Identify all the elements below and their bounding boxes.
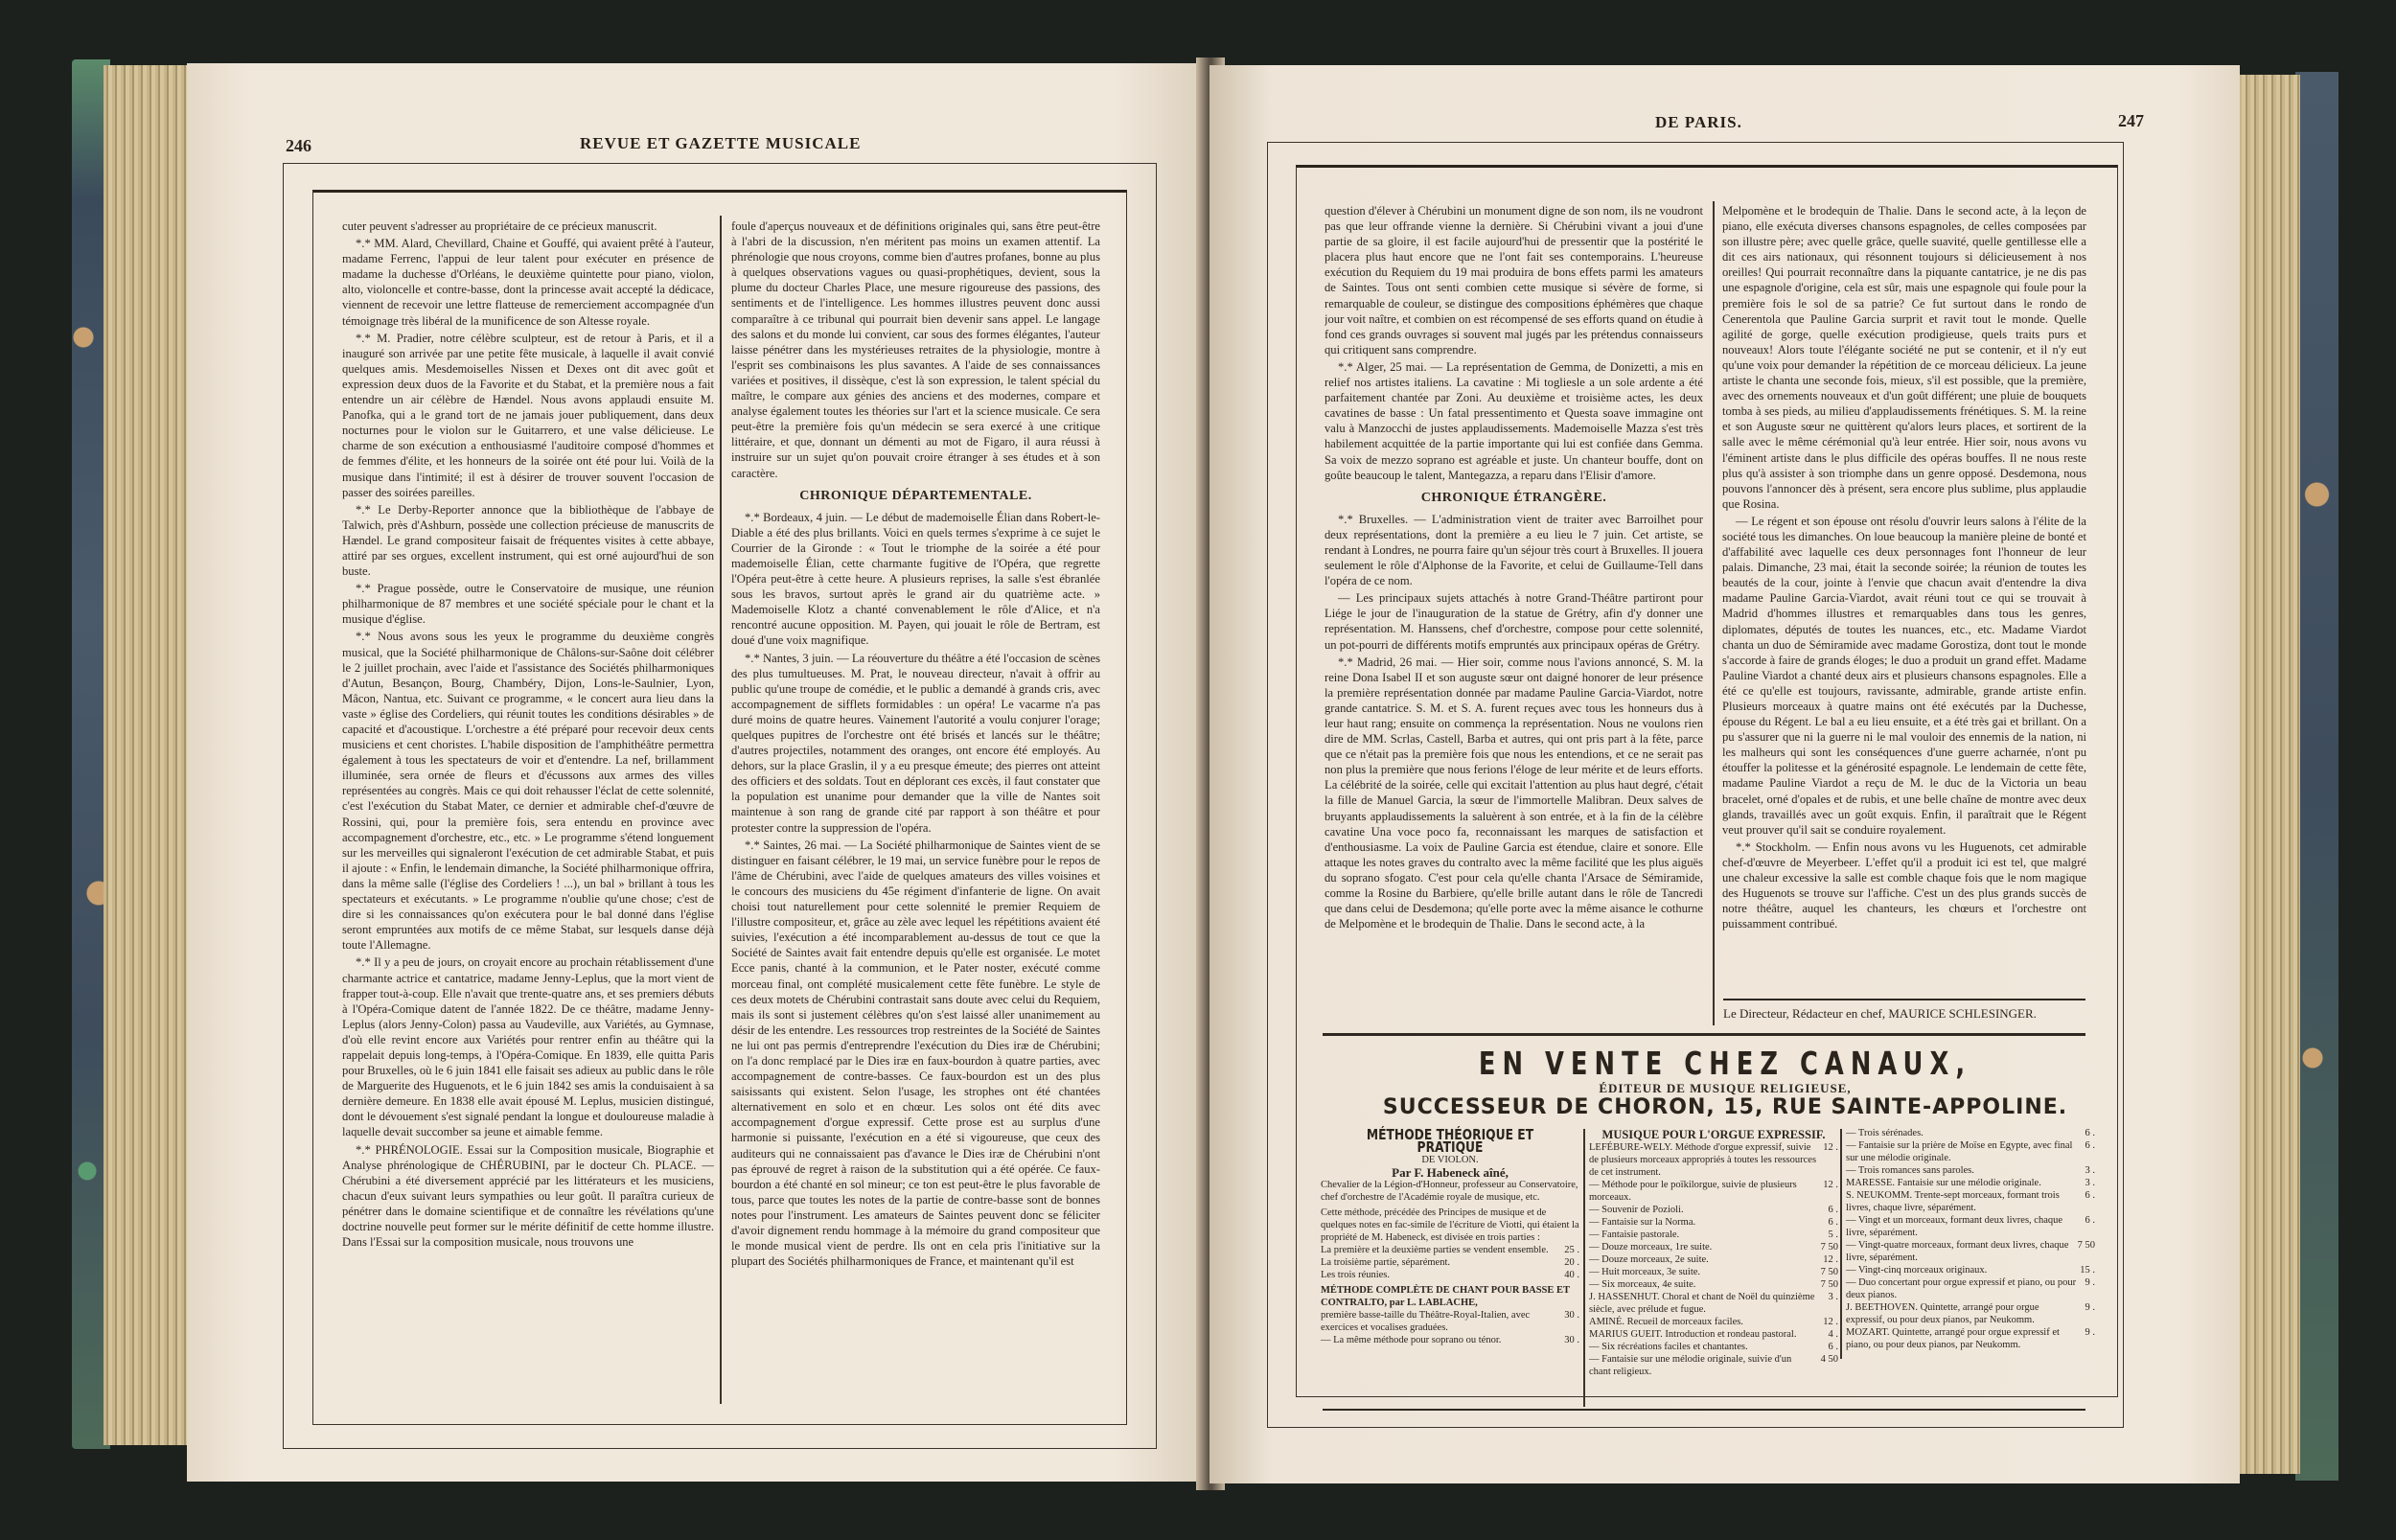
advert-heading-methode: MÉTHODE THÉORIQUE ET PRATIQUE <box>1344 1129 1555 1154</box>
advert-item: — Trois sérénades.6 . <box>1846 1127 2095 1139</box>
advert-column-violin: MÉTHODE THÉORIQUE ET PRATIQUE DE VIOLON.… <box>1321 1129 1579 1346</box>
section-heading-departementale: CHRONIQUE DÉPARTEMENTALE. <box>731 489 1100 504</box>
advert-item: — Méthode pour le poïkilorgue, suivie de… <box>1589 1179 1838 1204</box>
advert-lablache-heading: MÉTHODE COMPLÈTE DE CHANT POUR BASSE ET … <box>1321 1284 1579 1309</box>
advert-item: — Six morceaux, 4e suite.7 50 <box>1589 1278 1838 1291</box>
advert-divider-2 <box>1840 1129 1842 1359</box>
advert-item: — Douze morceaux, 2e suite.12 . <box>1589 1253 1838 1266</box>
section-heading-etrangere: CHRONIQUE ÉTRANGÈRE. <box>1325 491 1703 506</box>
advert-item: — Souvenir de Pozioli.6 . <box>1589 1204 1838 1216</box>
advert-bottom-rule <box>1323 1409 2085 1411</box>
news-item-alard: *.* MM. Alard, Chevillard, Chaine et Gou… <box>342 236 714 329</box>
right-column-divider <box>1713 201 1715 1025</box>
news-item-alger: *.* Alger, 25 mai. — La représentation d… <box>1325 359 1703 483</box>
advert-item: — Douze morceaux, 1re suite.7 50 <box>1589 1241 1838 1253</box>
news-item-stockholm: *.* Stockholm. — Enfin nous avons vu les… <box>1722 839 2086 932</box>
advert-item: — Fantaisie sur la Norma.6 . <box>1589 1216 1838 1229</box>
signature-rule-top <box>1723 999 2085 1000</box>
advert-rule <box>1323 1033 2085 1036</box>
news-item-derby-reporter: *.* Le Derby-Reporter annonce que la bib… <box>342 502 714 579</box>
advert-item: — Fantaisie sur une mélodie originale, s… <box>1589 1353 1838 1378</box>
advert-item: — Fantaisie pastorale.5 . <box>1589 1229 1838 1241</box>
advert-item: J. BEETHOVEN. Quintette, arrangé pour or… <box>1846 1301 2095 1326</box>
left-page-number: 246 <box>286 136 311 156</box>
advert-item: AMINÉ. Recueil de morceaux faciles.12 . <box>1589 1316 1838 1328</box>
advert-item: — Huit morceaux, 3e suite.7 50 <box>1589 1266 1838 1278</box>
advert-item: MARESSE. Fantaisie sur une mélodie origi… <box>1846 1177 2095 1189</box>
advert-item: S. NEUKOMM. Trente-sept morceaux, forman… <box>1846 1189 2095 1214</box>
advert-item: La première et la deuxième parties se ve… <box>1321 1244 1579 1256</box>
left-column-1: cuter peuvent s'adresser au propriétaire… <box>342 218 714 1405</box>
advert-item: — La même méthode pour soprano ou ténor.… <box>1321 1334 1579 1346</box>
advert-item: — Duo concertant pour orgue expressif et… <box>1846 1276 2095 1301</box>
right-running-head: DE PARIS. <box>1655 113 1742 132</box>
right-page-number: 247 <box>2118 111 2144 131</box>
advert-author: Par F. Habeneck aîné, <box>1321 1166 1579 1179</box>
advert-item: — Vingt-cinq morceaux originaux.15 . <box>1846 1264 2095 1276</box>
news-item-saintes: *.* Saintes, 26 mai. — La Société philha… <box>731 838 1100 1270</box>
advert-item: — Trois romances sans paroles.3 . <box>1846 1164 2095 1177</box>
advert-desc: Cette méthode, précédée des Principes de… <box>1321 1207 1579 1244</box>
advert-item: première basse-taille du Théâtre-Royal-I… <box>1321 1309 1579 1334</box>
right-column-1: question d'élever à Chérubini un monumen… <box>1325 203 1703 1039</box>
left-column-divider <box>720 216 722 1404</box>
advert-title: EN VENTE CHEZ CANAUX, <box>1404 1045 2047 1082</box>
advert-item: — Vingt et un morceaux, formant deux liv… <box>1846 1214 2095 1239</box>
advert-address: SUCCESSEUR DE CHORON, 15, RUE SAINTE-APP… <box>1313 1095 2137 1119</box>
advert-subtitle: ÉDITEUR DE MUSIQUE RELIGIEUSE, <box>1313 1081 2137 1096</box>
right-column-2: Melpomène et le brodequin de Thalie. Dan… <box>1722 203 2086 999</box>
news-item-bordeaux: *.* Bordeaux, 4 juin. — Le début de made… <box>731 510 1100 649</box>
news-item-prague: *.* Prague possède, outre le Conservatoi… <box>342 581 714 627</box>
news-item-liege: — Les principaux sujets attachés à notre… <box>1325 590 1703 652</box>
news-item-jenny-leplus: *.* Il y a peu de jours, on croyait enco… <box>342 954 714 1139</box>
news-item-bruxelles: *.* Bruxelles. — L'administration vient … <box>1325 512 1703 588</box>
paragraph: foule d'aperçus nouveaux et de définitio… <box>731 218 1100 481</box>
advert-item: J. HASSENHUT. Choral et chant de Noël du… <box>1589 1291 1838 1316</box>
advert-item: Les trois réunies.40 . <box>1321 1269 1579 1281</box>
advert-item: — Fantaisie sur la prière de Moïse en Eg… <box>1846 1139 2095 1164</box>
advert-item: LEFÉBURE-WELY. Méthode d'orgue expressif… <box>1589 1141 1838 1179</box>
news-item-chalons: *.* Nous avons sous les yeux le programm… <box>342 629 714 953</box>
advert-item: — Six récréations faciles et chantantes.… <box>1589 1341 1838 1353</box>
paragraph: question d'élever à Chérubini un monumen… <box>1325 203 1703 357</box>
editor-signature: Le Directeur, Rédacteur en chef, MAURICE… <box>1723 1006 2085 1023</box>
news-item-phrenologie: *.* PHRÉNOLOGIE. Essai sur la Compositio… <box>342 1142 714 1251</box>
news-item-nantes: *.* Nantes, 3 juin. — La réouverture du … <box>731 651 1100 836</box>
advert-item: La troisième partie, séparément.20 . <box>1321 1256 1579 1269</box>
advert-column-orgue-cont: — Trois sérénades.6 . — Fantaisie sur la… <box>1846 1127 2095 1351</box>
advert-item: MARIUS GUEIT. Introduction et rondeau pa… <box>1589 1328 1838 1341</box>
news-item-pradier: *.* M. Pradier, notre célèbre sculpteur,… <box>342 331 714 500</box>
advert-item: — Vingt-quatre morceaux, formant deux li… <box>1846 1239 2095 1264</box>
left-running-head: REVUE ET GAZETTE MUSICALE <box>580 134 861 153</box>
advert-heading-orgue: MUSIQUE POUR L'ORGUE EXPRESSIF. <box>1589 1129 1838 1141</box>
book-cover-right <box>2295 72 2338 1481</box>
paragraph: Melpomène et le brodequin de Thalie. Dan… <box>1722 203 2086 512</box>
advert-column-orgue: MUSIQUE POUR L'ORGUE EXPRESSIF. LEFÉBURE… <box>1589 1129 1838 1378</box>
page-edges-right <box>2233 75 2300 1474</box>
paragraph: cuter peuvent s'adresser au propriétaire… <box>342 218 714 234</box>
advert-divider-1 <box>1583 1129 1585 1407</box>
news-item-regent: — Le régent et son épouse ont résolu d'o… <box>1722 514 2086 838</box>
left-column-2: foule d'aperçus nouveaux et de définitio… <box>731 218 1100 1405</box>
advert-item: MOZART. Quintette, arrangé pour orgue ex… <box>1846 1326 2095 1351</box>
advert-author-desc: Chevalier de la Légion-d'Honneur, profes… <box>1321 1179 1579 1204</box>
news-item-madrid: *.* Madrid, 26 mai. — Hier soir, comme n… <box>1325 655 1703 932</box>
page-edges-left <box>104 65 190 1445</box>
